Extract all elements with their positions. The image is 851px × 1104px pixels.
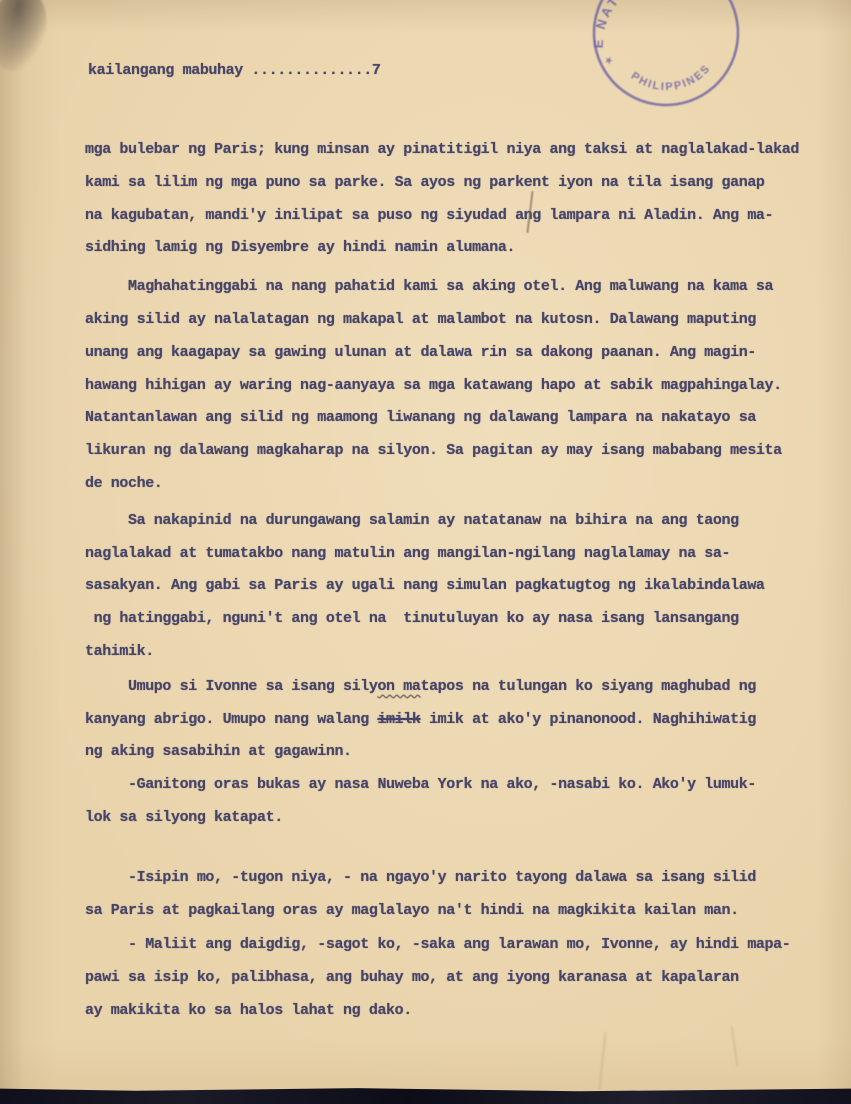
wavy-text: on ma	[377, 678, 420, 695]
document-body: mga bulebar ng Paris; kung minsan ay pin…	[85, 134, 825, 1028]
text-line: na kagubatan, mandi'y inilipat sa puso n…	[85, 200, 825, 233]
text-line: kanyang abrigo. Umupo nang walang imilk …	[85, 704, 825, 737]
paragraph: -Isipin mo, -tugon niya, - na ngayo'y na…	[85, 862, 825, 928]
corner-stain	[0, 0, 54, 77]
stamp-star-icon: ★	[602, 54, 616, 68]
text-segment: kanyang abrigo. Umupo nang walang	[85, 711, 377, 728]
text-segment: tapos na tulungan ko siyang maghubad ng	[420, 678, 755, 695]
text-segment: Sa nakapinid na durungawang salamin ay n…	[85, 512, 739, 529]
text-segment: imik at ako'y pinanonood. Naghihiwatig	[420, 711, 755, 728]
text-segment: pawi sa isip ko, palibhasa, ang buhay mo…	[85, 969, 739, 986]
text-segment: aking silid ay nalalatagan ng makapal at…	[85, 311, 756, 328]
text-segment: ng hatinggabi, nguni't ang otel na tinut…	[85, 610, 739, 627]
paragraph: Umupo si Ivonne sa isang silyon matapos …	[85, 671, 825, 769]
pencil-smudge	[599, 1032, 609, 1090]
text-segment: hawang hihigan ay waring nag-aanyaya sa …	[85, 377, 782, 394]
text-line: hawang hihigan ay waring nag-aanyaya sa …	[85, 370, 825, 403]
paragraph: - Maliit ang daigdig, -sagot ko, -saka a…	[85, 929, 825, 1027]
paragraph: Maghahatinggabi na nang pahatid kami sa …	[85, 271, 825, 501]
text-segment: likuran ng dalawang magkaharap na silyon…	[85, 442, 782, 459]
text-segment: lok sa silyong katapat.	[85, 809, 283, 826]
page-header: kailangang mabuhay ..............7	[88, 62, 380, 79]
text-segment: sa Paris at pagkailang oras ay maglalayo…	[85, 902, 739, 919]
text-line: ng hatinggabi, nguni't ang otel na tinut…	[85, 603, 825, 636]
strike-text: imilk	[377, 711, 420, 728]
text-line: likuran ng dalawang magkaharap na silyon…	[85, 435, 825, 468]
text-segment: tahimik.	[85, 643, 154, 660]
text-line: sidhing lamig ng Disyembre ay hindi nami…	[85, 232, 825, 265]
text-line: Natantanlawan ang silid ng maamong liwan…	[85, 402, 825, 435]
library-stamp-icon: E NATIONAL RA PHILIPPINES ★	[559, 0, 772, 140]
text-segment: -Ganitong oras bukas ay nasa Nuweba York…	[85, 776, 756, 793]
text-line: ay makikita ko sa halos lahat ng dako.	[85, 995, 825, 1028]
paragraph: -Ganitong oras bukas ay nasa Nuweba York…	[85, 769, 825, 835]
text-segment: sidhing lamig ng Disyembre ay hindi nami…	[85, 239, 515, 256]
text-segment: kami sa lilim ng mga puno sa parke. Sa a…	[85, 174, 765, 191]
text-line: pawi sa isip ko, palibhasa, ang buhay mo…	[85, 962, 825, 995]
paragraph: mga bulebar ng Paris; kung minsan ay pin…	[85, 134, 825, 265]
pencil-smudge	[731, 1026, 741, 1066]
text-segment: sasakyan. Ang gabi sa Paris ay ugali nan…	[85, 577, 765, 594]
text-line: ng aking sasabihin at gagawinn.	[85, 736, 825, 769]
text-segment: Natantanlawan ang silid ng maamong liwan…	[85, 409, 756, 426]
text-segment: ay makikita ko sa halos lahat ng dako.	[85, 1002, 412, 1019]
text-segment: - Maliit ang daigdig, -sagot ko, -saka a…	[85, 936, 790, 953]
text-segment: unang ang kaagapay sa gawing ulunan at d…	[85, 344, 756, 361]
text-line: sasakyan. Ang gabi sa Paris ay ugali nan…	[85, 570, 825, 603]
text-segment: de noche.	[85, 475, 162, 492]
text-line: de noche.	[85, 468, 825, 501]
scan-edge-band	[0, 1082, 851, 1104]
text-segment: na kagubatan, mandi'y inilipat sa puso n…	[85, 207, 773, 224]
paragraph: Sa nakapinid na durungawang salamin ay n…	[85, 505, 825, 669]
text-segment: Maghahatinggabi na nang pahatid kami sa …	[85, 278, 773, 295]
text-line: tahimik.	[85, 636, 825, 669]
text-line: sa Paris at pagkailang oras ay maglalayo…	[85, 895, 825, 928]
text-segment: naglalakad at tumatakbo nang matulin ang…	[85, 545, 730, 562]
text-line: mga bulebar ng Paris; kung minsan ay pin…	[85, 134, 825, 167]
text-line: unang ang kaagapay sa gawing ulunan at d…	[85, 337, 825, 370]
text-line: Umupo si Ivonne sa isang silyon matapos …	[85, 671, 825, 704]
text-line: - Maliit ang daigdig, -sagot ko, -saka a…	[85, 929, 825, 962]
scanned-document-page: E NATIONAL RA PHILIPPINES ★ kailangang m…	[0, 0, 851, 1104]
text-line: Maghahatinggabi na nang pahatid kami sa …	[85, 271, 825, 304]
text-line: naglalakad at tumatakbo nang matulin ang…	[85, 538, 825, 571]
text-line: -Isipin mo, -tugon niya, - na ngayo'y na…	[85, 862, 825, 895]
stamp-top-text: E NATIONAL	[576, 0, 685, 52]
text-segment: -Isipin mo, -tugon niya, - na ngayo'y na…	[85, 869, 756, 886]
text-line: kami sa lilim ng mga puno sa parke. Sa a…	[85, 167, 825, 200]
text-line: -Ganitong oras bukas ay nasa Nuweba York…	[85, 769, 825, 802]
text-line: aking silid ay nalalatagan ng makapal at…	[85, 304, 825, 337]
text-segment: ng aking sasabihin at gagawinn.	[85, 743, 352, 760]
text-segment: mga bulebar ng Paris; kung minsan ay pin…	[85, 141, 799, 158]
text-segment: Umupo si Ivonne sa isang sily	[85, 678, 377, 695]
text-line: Sa nakapinid na durungawang salamin ay n…	[85, 505, 825, 538]
text-line: lok sa silyong katapat.	[85, 802, 825, 835]
